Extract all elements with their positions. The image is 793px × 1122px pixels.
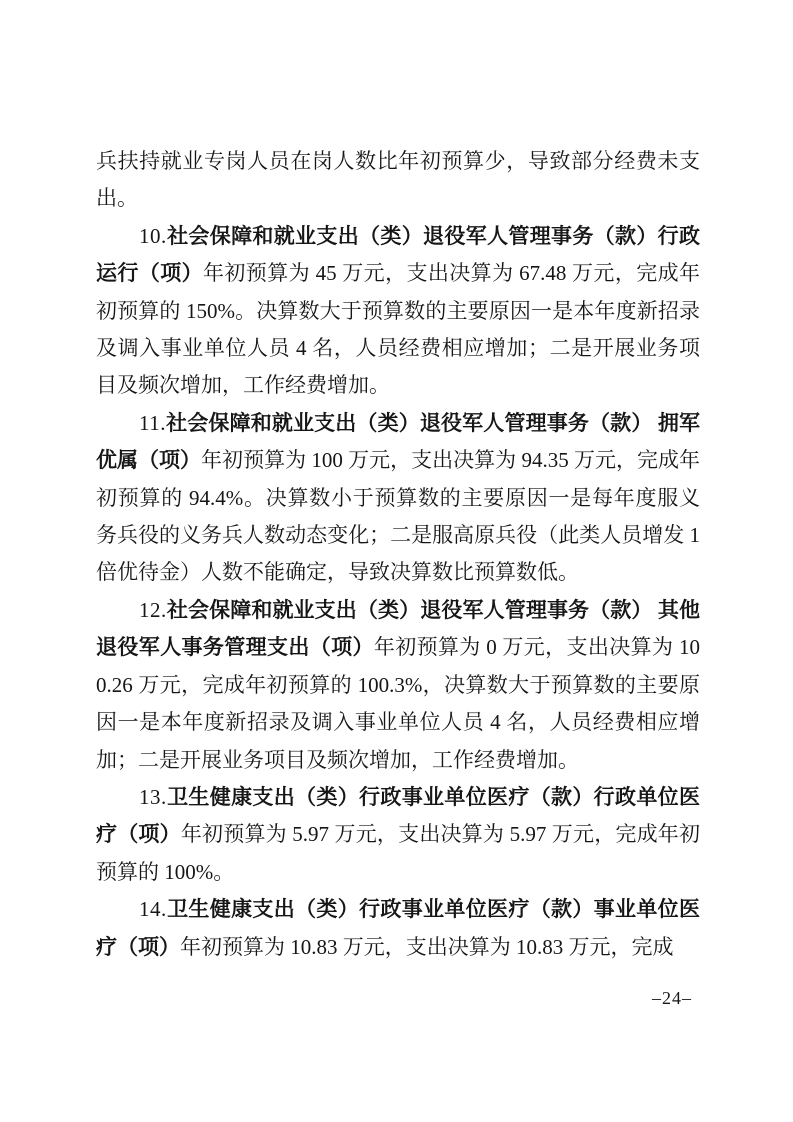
item-number: 13. (139, 785, 167, 809)
paragraph-item-11: 11.社会保障和就业支出（类）退役军人管理事务（款） 拥军优属（项）年初预算为 … (96, 405, 700, 592)
item-number: 11. (139, 411, 166, 435)
paragraph-continuation: 兵扶持就业专岗人员在岗人数比年初预算少，导致部分经费未支出。 (96, 143, 700, 218)
paragraph-text: 年初预算为 10.83 万元，支出决算为 10.83 万元，完成 (180, 935, 674, 959)
paragraph-item-13: 13.卫生健康支出（类）行政事业单位医疗（款）行政单位医疗（项）年初预算为 5.… (96, 779, 700, 891)
item-number: 14. (139, 897, 167, 921)
paragraph-text: 年初预算为 5.97 万元，支出决算为 5.97 万元，完成年初预算的 100%… (96, 822, 700, 883)
paragraph-item-14: 14.卫生健康支出（类）行政事业单位医疗（款）事业单位医疗（项）年初预算为 10… (96, 891, 700, 966)
item-number: 12. (139, 598, 167, 622)
item-number: 10. (139, 224, 167, 248)
paragraph-text: 兵扶持就业专岗人员在岗人数比年初预算少，导致部分经费未支出。 (96, 149, 700, 210)
paragraph-item-12: 12.社会保障和就业支出（类）退役军人管理事务（款） 其他退役军人事务管理支出（… (96, 592, 700, 779)
paragraph-item-10: 10.社会保障和就业支出（类）退役军人管理事务（款）行政运行（项）年初预算为 4… (96, 218, 700, 405)
text-block: 兵扶持就业专岗人员在岗人数比年初预算少，导致部分经费未支出。 10.社会保障和就… (96, 143, 700, 966)
document-page: 兵扶持就业专岗人员在岗人数比年初预算少，导致部分经费未支出。 10.社会保障和就… (0, 0, 793, 1122)
page-number: –24– (652, 988, 692, 1009)
